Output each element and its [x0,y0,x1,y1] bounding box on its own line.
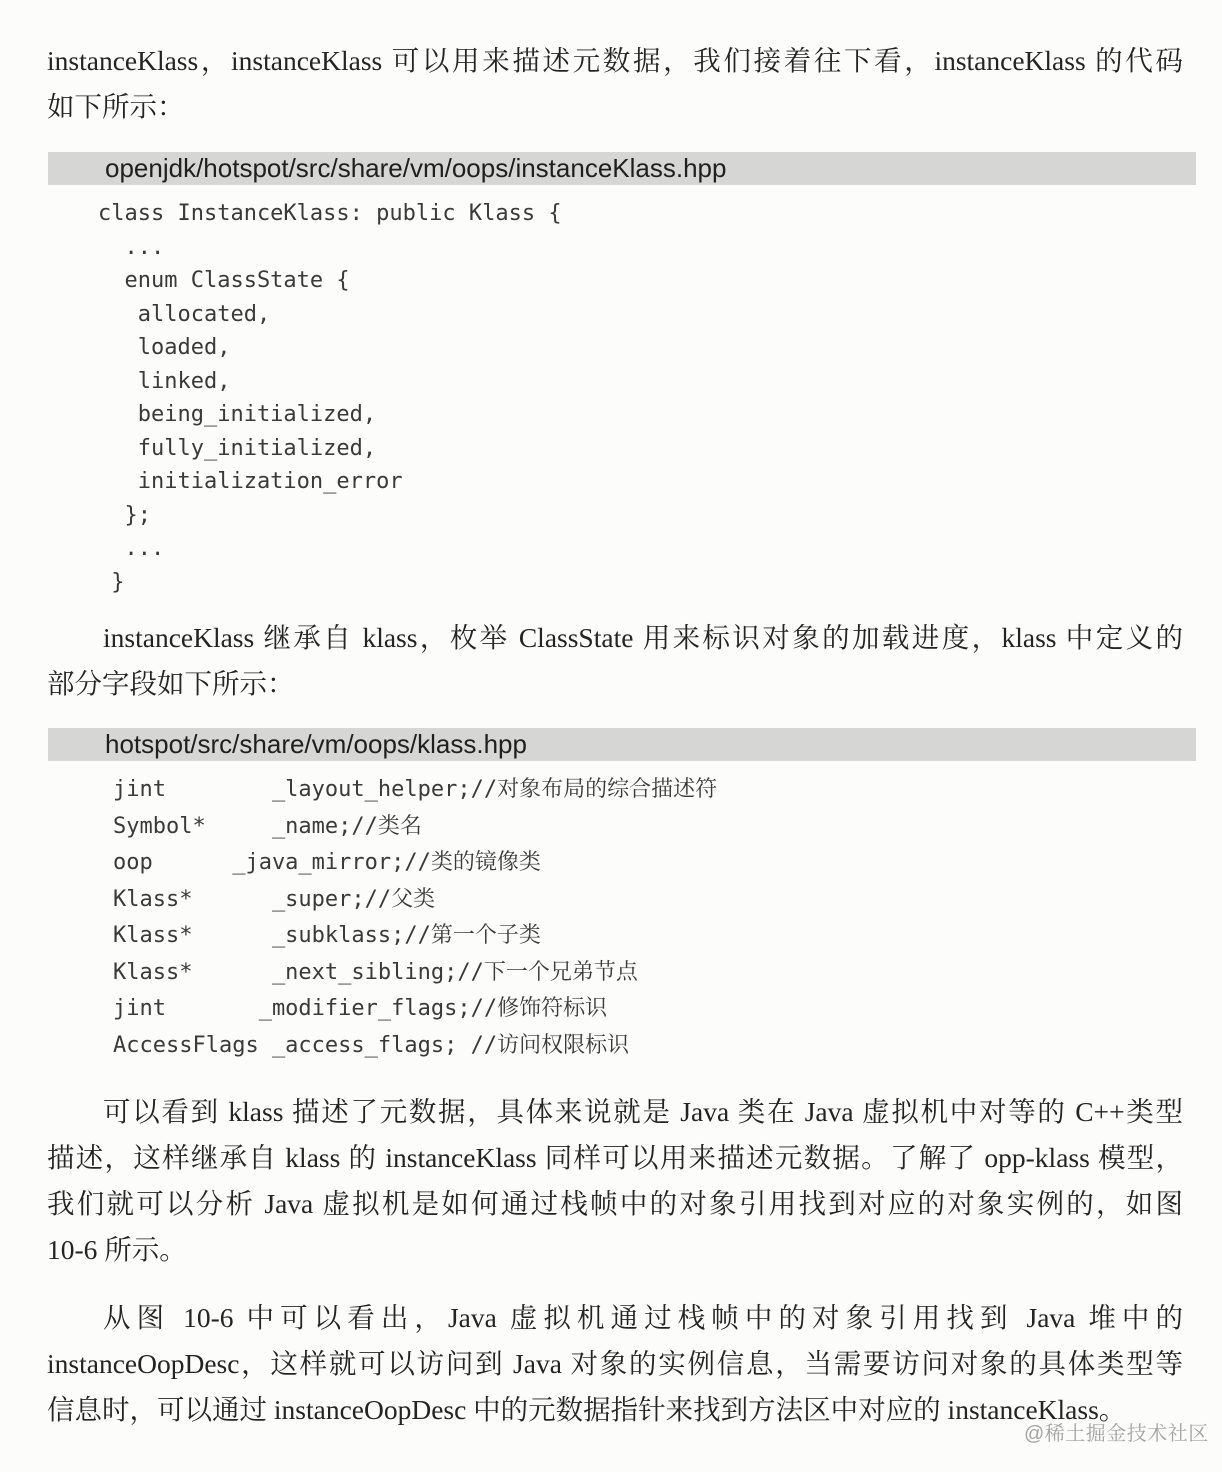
text-line: 部分字段如下所示： [47,661,1183,707]
code-line: } [98,566,562,600]
code-line: Klass* _subklass;//第一个子类 [113,918,717,955]
paragraph-intro: instanceKlass，instanceKlass 可以用来描述元数据，我们… [47,38,1183,130]
code-line: ... [98,532,562,566]
code-line: jint _modifier_flags;//修饰符标识 [113,991,717,1028]
text-line: 从图 10-6 中可以看出，Java 虚拟机通过栈帧中的对象引用找到 Java … [47,1295,1183,1341]
site-watermark: @稀土掘金技术社区 [1024,1417,1209,1446]
code-line: Symbol* _name;//类名 [113,809,717,846]
code-line: ... [98,231,562,265]
paragraph-classstate: instanceKlass 继承自 klass，枚举 ClassState 用来… [47,615,1183,707]
code-line: Klass* _super;//父类 [113,882,717,919]
code-line: Klass* _next_sibling;//下一个兄弟节点 [113,955,717,992]
code-line: jint _layout_helper;//对象布局的综合描述符 [113,772,717,809]
code-block-instanceklass: class InstanceKlass: public Klass { ... … [98,197,562,599]
code-line: fully_initialized, [98,432,562,466]
book-page: instanceKlass，instanceKlass 可以用来描述元数据，我们… [0,0,1222,1472]
code-path-label: hotspot/src/share/vm/oops/klass.hpp [105,729,527,759]
code-line: linked, [98,365,562,399]
code-line: enum ClassState { [98,264,562,298]
code-line: class InstanceKlass: public Klass { [98,197,562,231]
code-path-label: openjdk/hotspot/src/share/vm/oops/instan… [105,153,726,183]
code-line: loaded, [98,331,562,365]
text-line: instanceKlass 继承自 klass，枚举 ClassState 用来… [47,615,1183,661]
code-line: oop _java_mirror;//类的镜像类 [113,845,717,882]
text-line: 信息时，可以通过 instanceOopDesc 中的元数据指针来找到方法区中对… [47,1387,1183,1433]
code-block-klass-fields: jint _layout_helper;//对象布局的综合描述符 Symbol*… [113,772,717,1064]
code-header-instanceklass-hpp: openjdk/hotspot/src/share/vm/oops/instan… [48,152,1196,185]
text-line: 如下所示： [47,84,1183,130]
code-line: }; [98,499,562,533]
code-header-klass-hpp: hotspot/src/share/vm/oops/klass.hpp [48,728,1196,761]
text-line: instanceOopDesc，这样就可以访问到 Java 对象的实例信息，当需… [47,1341,1183,1387]
code-line: being_initialized, [98,398,562,432]
code-line: allocated, [98,298,562,332]
code-line: AccessFlags _access_flags; //访问权限标识 [113,1028,717,1065]
text-line: 可以看到 klass 描述了元数据，具体来说就是 Java 类在 Java 虚拟… [47,1089,1183,1135]
text-line: instanceKlass，instanceKlass 可以用来描述元数据，我们… [47,38,1183,84]
text-line: 我们就可以分析 Java 虚拟机是如何通过栈帧中的对象引用找到对应的对象实例的，… [47,1181,1183,1227]
paragraph-klass-metadata: 可以看到 klass 描述了元数据，具体来说就是 Java 类在 Java 虚拟… [47,1089,1183,1273]
text-line: 10-6 所示。 [47,1227,1183,1273]
text-line: 描述，这样继承自 klass 的 instanceKlass 同样可以用来描述元… [47,1135,1183,1181]
paragraph-figure-10-6: 从图 10-6 中可以看出，Java 虚拟机通过栈帧中的对象引用找到 Java … [47,1295,1183,1433]
code-line: initialization_error [98,465,562,499]
